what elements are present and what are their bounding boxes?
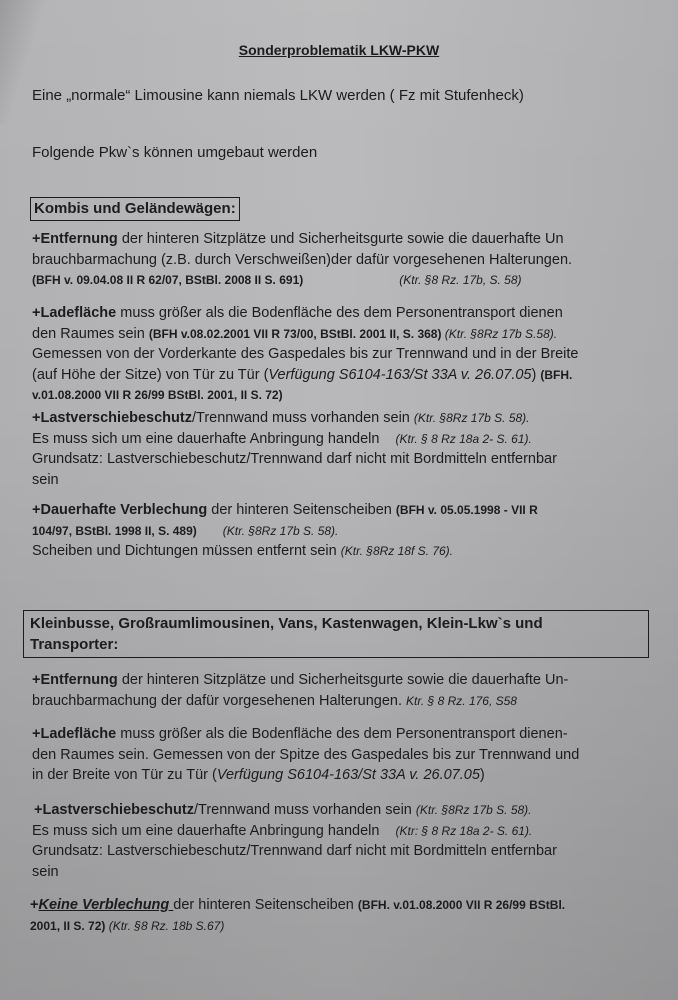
document-page: Sonderproblematik LKW-PKW Eine „normale“… (0, 0, 678, 1000)
s2-keine-verblechung-paragraph: +Keine Verblechung der hinteren Seitensc… (30, 895, 650, 936)
section-heading-kleinbusse: Kleinbusse, Großraumlimousinen, Vans, Ka… (23, 610, 649, 658)
s1-p2-verfuegung: Verfügung S6104-163/St 33A v. 26.07.05 (268, 367, 531, 383)
s2-p4-line1: der hinteren Seitenscheiben (173, 897, 358, 913)
page-corner-shadow (0, 0, 50, 126)
s1-p2-bfh-start: (BFH. (540, 368, 572, 382)
s1-verblechung-paragraph: +Dauerhafte Verblechung der hinteren Sei… (32, 500, 652, 562)
s1-p4-citation-start: (BFH v. 05.05.1998 - VII R (396, 503, 538, 517)
s1-p1-line2: brauchbarmachung (z.B. durch Verschweiße… (32, 250, 652, 271)
section-heading-kombis: Kombis und Geländewägen: (30, 197, 240, 221)
s1-p3-line1: /Trennwand muss vorhanden sein (192, 410, 414, 426)
s2-p3-lead: +Lastverschiebeschutz (34, 802, 194, 818)
s2-p2-line3: in der Breite von Tür zu Tür ( (32, 767, 217, 783)
intro-limousine-note: Eine „normale“ Limousine kann niemals LK… (32, 86, 524, 107)
s1-p1-line1: der hinteren Sitzplätze und Sicherheitsg… (118, 231, 564, 247)
s1-p4-ref2: (Ktr. §8Rz 18f S. 76). (341, 544, 453, 558)
s1-p2-line4: (auf Höhe der Sitze) von Tür zu Tür ( (32, 367, 268, 383)
s1-p4-lead: +Dauerhafte Verblechung (32, 502, 207, 518)
s1-p2-line3: Gemessen von der Vorderkante des Gaspeda… (32, 344, 652, 365)
s2-p2-paren: ) (480, 767, 485, 783)
s2-p4-ref: (Ktr. §8 Rz. 18b S.67) (105, 919, 224, 933)
s1-p2-lead: +Ladefläche (32, 305, 116, 321)
s2-p3-line4: sein (32, 862, 654, 883)
s1-p4-line1: der hinteren Seitenscheiben (207, 502, 396, 518)
s2-p3-ref2: (Ktr: § 8 Rz 18a 2- S. 61). (396, 824, 533, 838)
s2-p3-line2: Es muss sich um eine dauerhafte Anbringu… (32, 823, 396, 839)
s1-p3-lead: +Lastverschiebeschutz (32, 410, 192, 426)
s2-p1-ref: Ktr. § 8 Rz. 176, S58 (406, 694, 517, 708)
s1-p1-citation: (BFH v. 09.04.08 II R 62/07, BStBl. 2008… (32, 273, 303, 287)
s2-p4-lead: Keine Verblechung (38, 897, 173, 913)
s2-p2-line1: muss größer als die Bodenfläche des dem … (116, 726, 567, 742)
s2-lastverschiebeschutz-paragraph: +Lastverschiebeschutz/Trennwand muss vor… (34, 800, 654, 882)
s2-p3-line3: Grundsatz: Lastverschiebeschutz/Trennwan… (32, 841, 654, 862)
s1-p2-citation: (BFH v.08.02.2001 VII R 73/00, BStBl. 20… (149, 327, 442, 341)
s2-p2-verfuegung: Verfügung S6104-163/St 33A v. 26.07.05 (217, 767, 480, 783)
intro-convertible-cars: Folgende Pkw`s können umgebaut werden (32, 143, 317, 164)
s1-p4-ref: (Ktr. §8Rz 17b S. 58). (223, 524, 339, 538)
s2-p1-line1: der hinteren Sitzplätze und Sicherheitsg… (118, 672, 569, 688)
s2-heading-line2: Transporter: (30, 634, 642, 655)
s2-p4-citation-start: (BFH. v.01.08.2000 VII R 26/99 BStBl. (358, 898, 565, 912)
s2-p1-line2: brauchbarmachung der dafür vorgesehenen … (32, 693, 406, 709)
s2-ladeflaeche-paragraph: +Ladefläche muss größer als die Bodenflä… (32, 724, 652, 786)
document-title: Sonderproblematik LKW-PKW (0, 42, 678, 58)
s2-p2-lead: +Ladefläche (32, 726, 116, 742)
s2-entfernung-paragraph: +Entfernung der hinteren Sitzplätze und … (32, 670, 652, 711)
s1-p3-ref1: (Ktr. §8Rz 17b S. 58). (414, 411, 530, 425)
s2-p2-line2: den Raumes sein. Gemessen von der Spitze… (32, 745, 652, 766)
s2-heading-line1: Kleinbusse, Großraumlimousinen, Vans, Ka… (30, 613, 642, 634)
s1-p4-line3: Scheiben und Dichtungen müssen entfernt … (32, 543, 341, 559)
s1-p2-line1: muss größer als die Bodenfläche des dem … (116, 305, 563, 321)
s2-p1-lead: +Entfernung (32, 672, 118, 688)
s1-entfernung-paragraph: +Entfernung der hinteren Sitzplätze und … (32, 229, 652, 291)
s2-p4-citation-end: 2001, II S. 72) (30, 919, 105, 933)
s1-p3-line4: sein (32, 470, 652, 491)
s1-p3-line3: Grundsatz: Lastverschiebeschutz/Trennwan… (32, 449, 652, 470)
s1-p1-reference: (Ktr. §8 Rz. 17b, S. 58) (399, 273, 521, 287)
s1-p2-paren: ) (531, 367, 540, 383)
s2-p3-line1: /Trennwand muss vorhanden sein (194, 802, 416, 818)
s1-p2-bfh-end: v.01.08.2000 VII R 26/99 BStBl. 2001, II… (32, 388, 283, 402)
s1-p2-line2: den Raumes sein (32, 326, 149, 342)
s1-p4-citation-end: 104/97, BStBl. 1998 II, S. 489) (32, 524, 197, 538)
s1-lastverschiebeschutz-paragraph: +Lastverschiebeschutz/Trennwand muss vor… (32, 408, 652, 490)
s1-p1-lead: +Entfernung (32, 231, 118, 247)
s1-p2-reference: (Ktr. §8Rz 17b S.58). (441, 327, 557, 341)
s2-p3-ref1: (Ktr. §8Rz 17b S. 58). (416, 803, 532, 817)
s1-p3-ref2: (Ktr. § 8 Rz 18a 2- S. 61). (396, 432, 532, 446)
s1-ladeflaeche-paragraph: +Ladefläche muss größer als die Bodenflä… (32, 303, 652, 406)
s1-p3-line2: Es muss sich um eine dauerhafte Anbringu… (32, 431, 396, 447)
